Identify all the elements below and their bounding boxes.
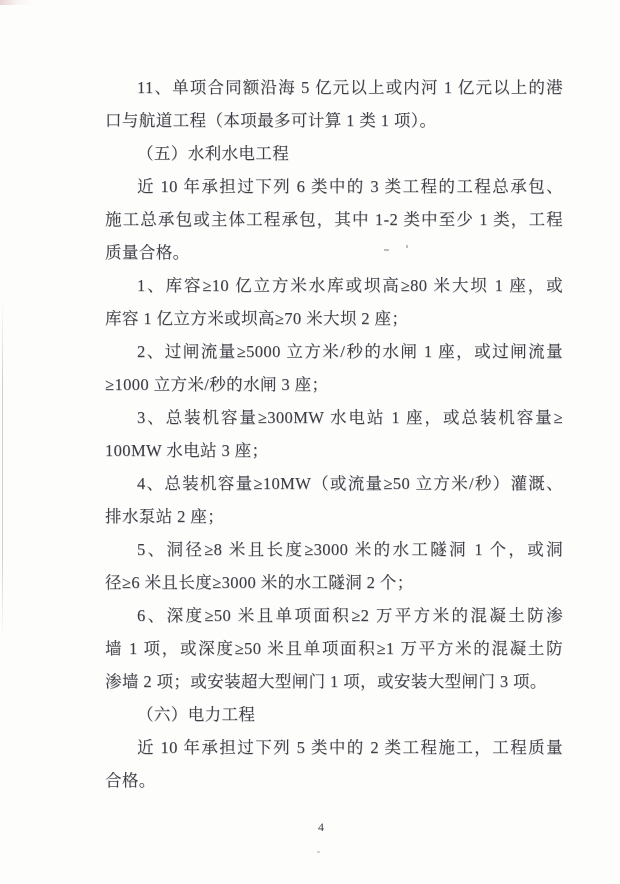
text-line: 5、洞径≥8 米且长度≥3000 米的水工隧洞 1 个，或洞	[105, 533, 563, 566]
text-line: 口与航道工程（本项最多可计算 1 类 1 项）。	[105, 104, 563, 137]
text-line: 4、总装机容量≥10MW（或流量≥50 立方米/秒）灌溉、	[105, 467, 563, 500]
text-line: 径≥6 米且长度≥3000 米的水工隧洞 2 个；	[105, 566, 563, 599]
text-line: 11、单项合同额沿海 5 亿元以上或内河 1 亿元以上的港	[105, 71, 563, 104]
text-line: 3、总装机容量≥300MW 水电站 1 座，或总装机容量≥	[105, 401, 563, 434]
scan-edge-line-left	[2, 300, 3, 640]
text-block: 11、单项合同额沿海 5 亿元以上或内河 1 亿元以上的港 口与航道工程（本项最…	[105, 71, 563, 797]
text-line: ≥1000 立方米/秒的水闸 3 座；	[105, 368, 563, 401]
text-line: 合格。	[105, 764, 563, 797]
section-heading: （六）电力工程	[105, 698, 563, 731]
text-line: 墙 1 项，或深度≥50 米且单项面积≥1 万平方米的混凝土防	[105, 632, 563, 665]
text-line: 库容 1 亿立方米或坝高≥70 米大坝 2 座；	[105, 302, 563, 335]
page-number: 4	[318, 820, 324, 835]
text-line: 渗墙 2 项；或安装超大型闸门 1 项，或安装大型闸门 3 项。	[105, 665, 563, 698]
text-line: 施工总承包或主体工程承包，其中 1-2 类中至少 1 类，工程	[105, 203, 563, 236]
text-line: 2、过闸流量≥5000 立方米/秒的水闸 1 座，或过闸流量	[105, 335, 563, 368]
scan-smudge-top-left	[0, 0, 34, 5]
text-line: 近 10 年承担过下列 5 类中的 2 类工程施工，工程质量	[105, 731, 563, 764]
text-line: 近 10 年承担过下列 6 类中的 3 类工程的工程总承包、	[105, 170, 563, 203]
text-line: 质量合格。	[105, 236, 563, 269]
section-heading: （五）水利水电工程	[105, 137, 563, 170]
text-line: 1、库容≥10 亿立方米水库或坝高≥80 米大坝 1 座，或	[105, 269, 563, 302]
text-line: 100MW 水电站 3 座；	[105, 434, 563, 467]
text-line: 6、深度≥50 米且单项面积≥2 万平方米的混凝土防渗	[105, 599, 563, 632]
document-page: 11、单项合同额沿海 5 亿元以上或内河 1 亿元以上的港 口与航道工程（本项最…	[0, 0, 620, 884]
text-line: 排水泵站 2 座；	[105, 500, 563, 533]
scan-speck	[317, 851, 320, 853]
